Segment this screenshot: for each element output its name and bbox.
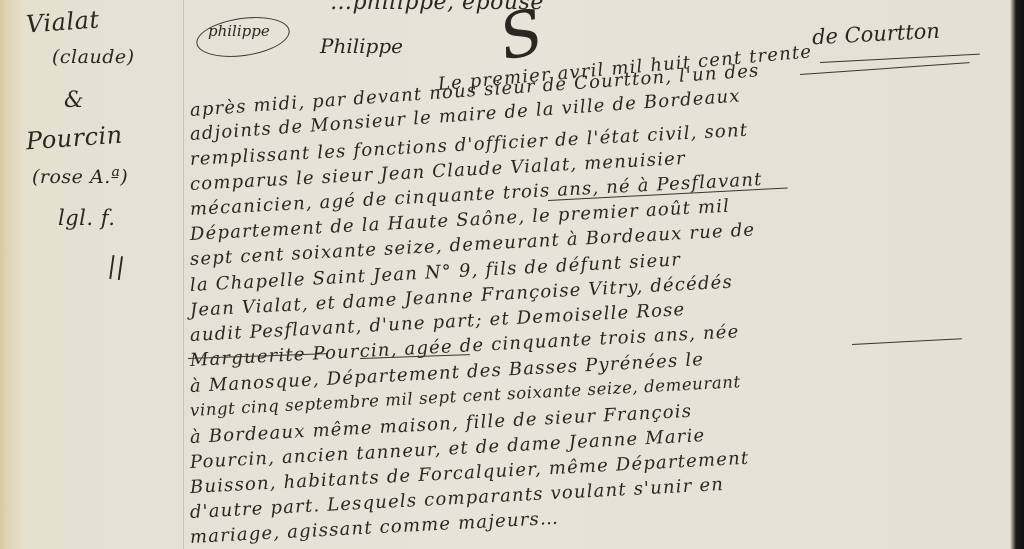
margin-surname-vialat: Vialat (25, 5, 100, 38)
signature-philippe: Philippe (320, 34, 403, 58)
margin-ampersand: & (64, 88, 84, 113)
margin-legitimation-note: lgl. f. (58, 206, 115, 230)
signature-flourish (820, 54, 980, 64)
signature-de-courtton: de Courtton (811, 19, 940, 50)
signature-boxed: philippe (208, 22, 270, 40)
margin-double-stroke: || (106, 251, 127, 281)
signature-flourish (800, 62, 970, 75)
register-page: …philippe, épouse philippe Philippe S de… (0, 0, 1024, 549)
margin-rule (183, 0, 184, 549)
margin-surname-pourcin: Pourcin (25, 121, 123, 156)
margin-given-claude: (claude) (52, 46, 135, 68)
margin-given-rose: (rose A.ª) (32, 166, 128, 188)
name-underline-rose (852, 338, 962, 345)
